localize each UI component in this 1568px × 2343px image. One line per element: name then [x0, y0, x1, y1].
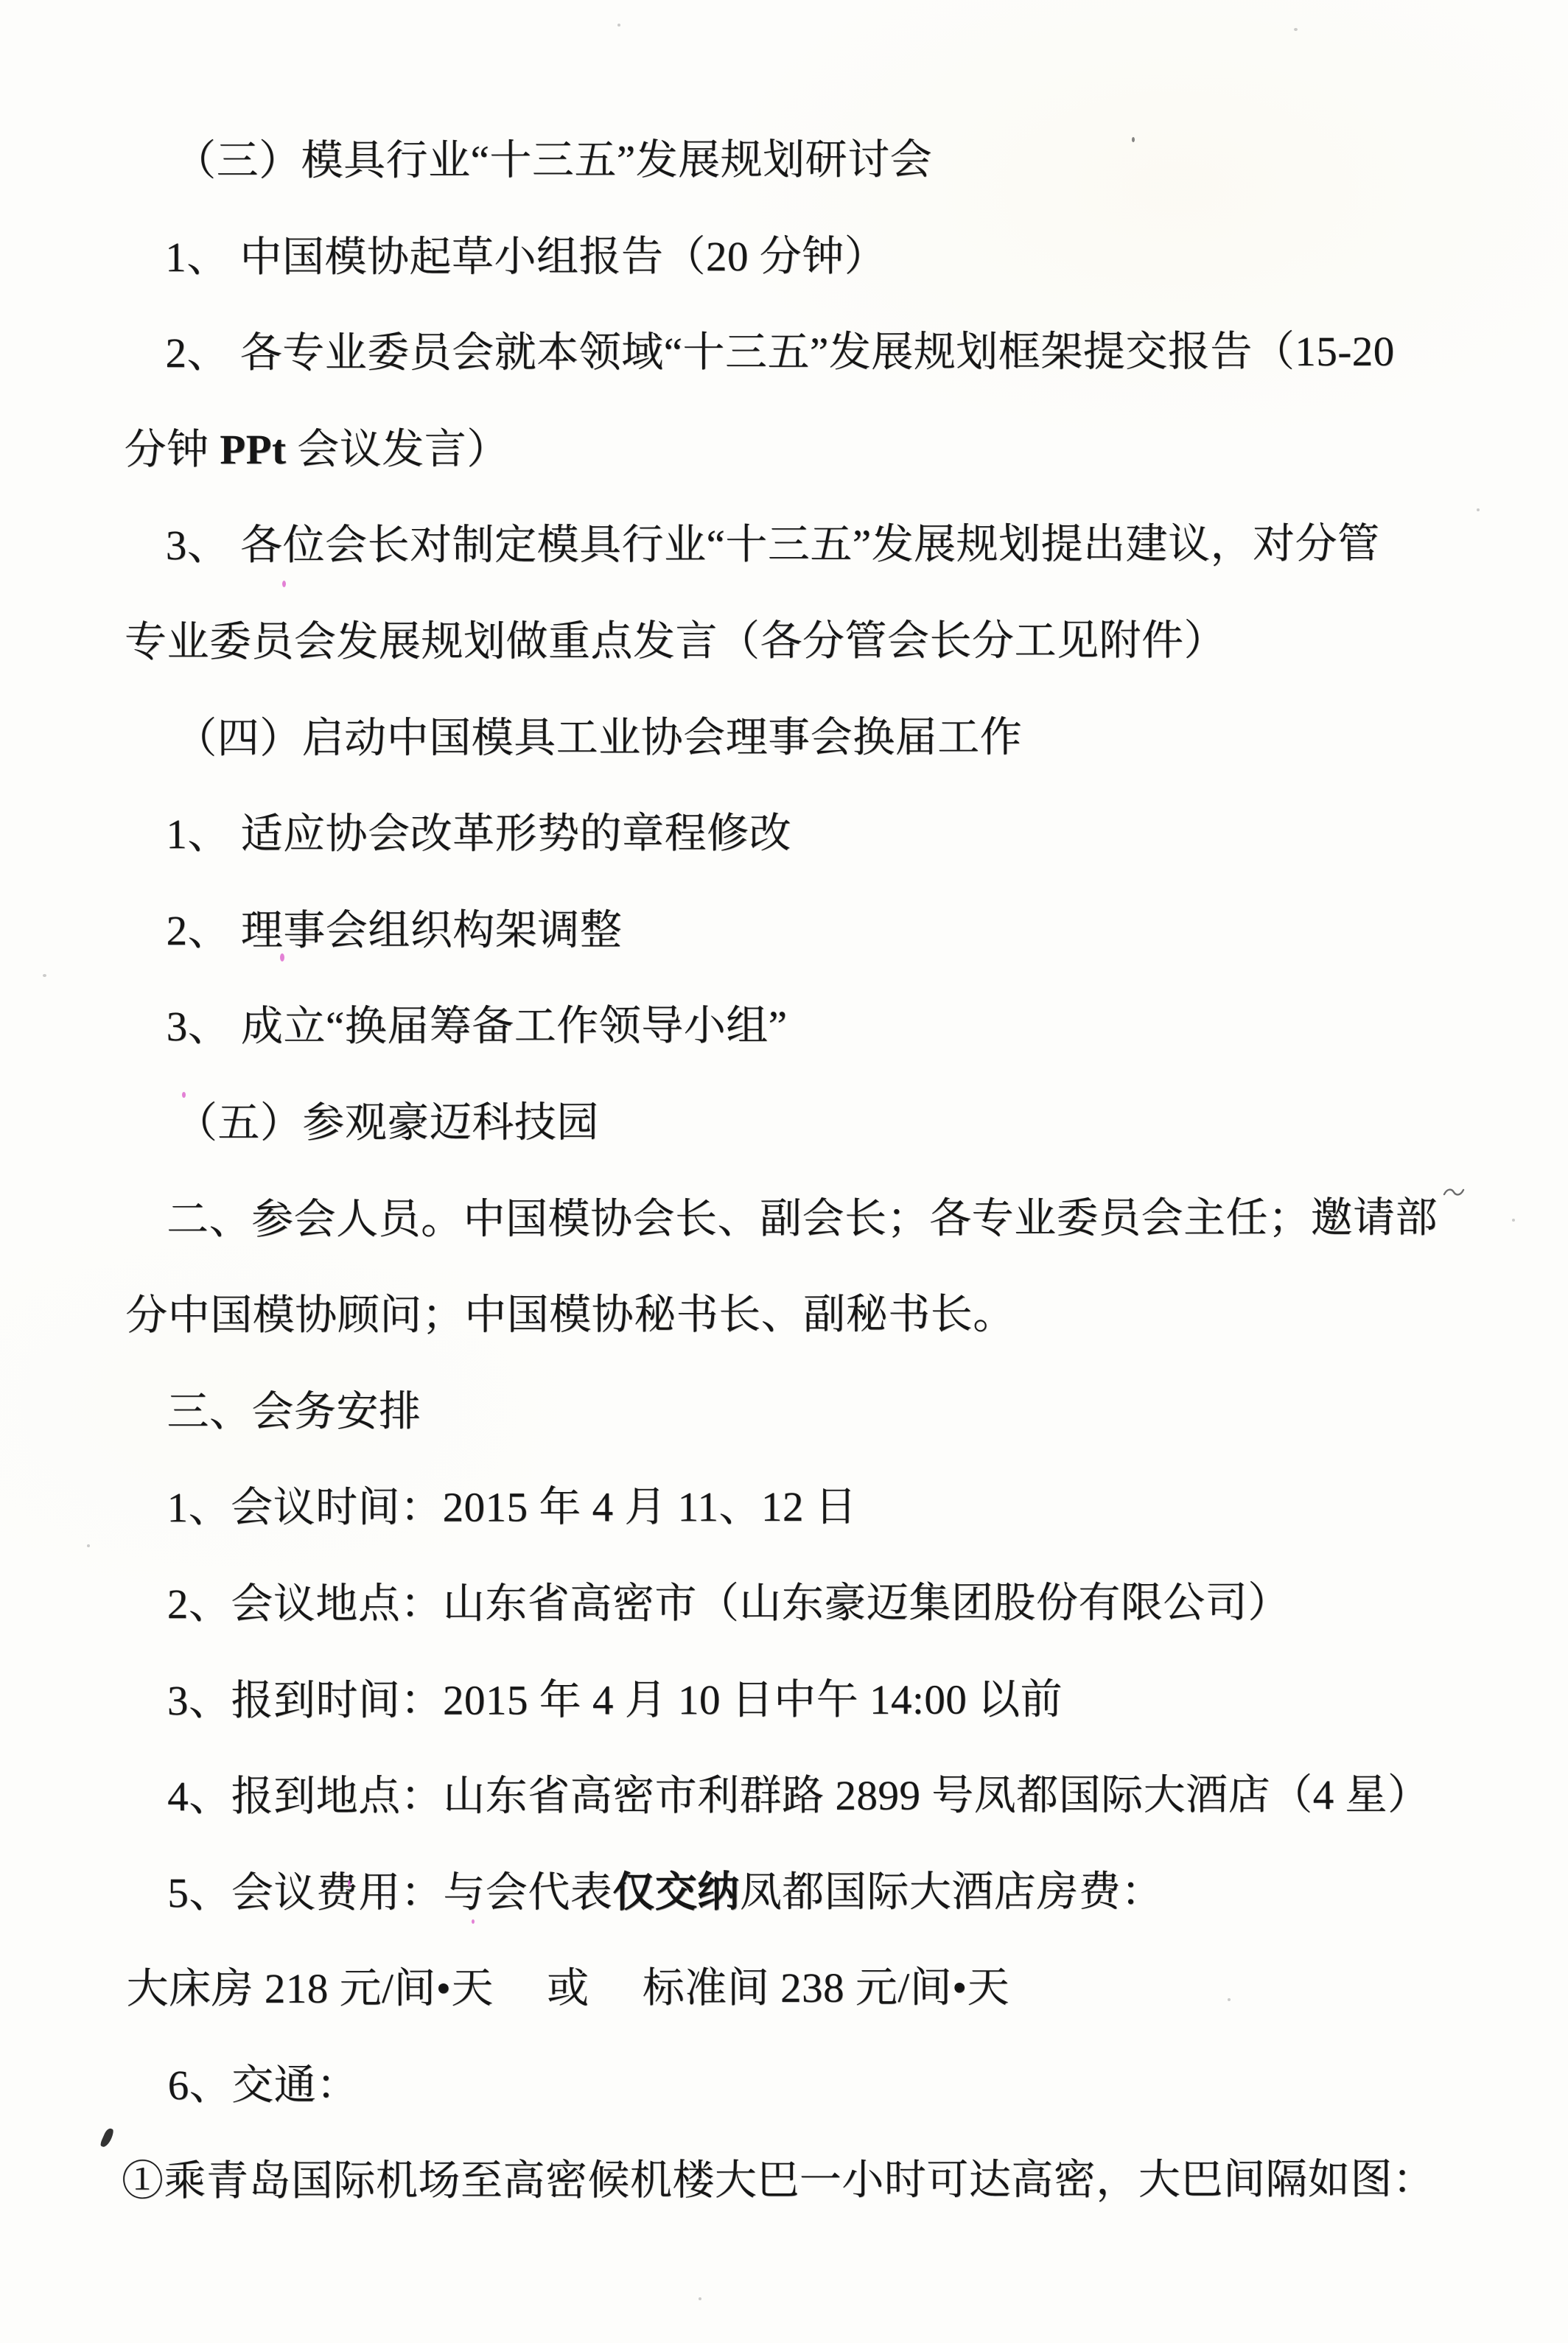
- text-line: 分钟 PPt 会议发言）: [0, 400, 1567, 499]
- document-body: （三）模具行业“十三五”发展规划研讨会1、 中国模协起草小组报告（20 分钟）2…: [0, 112, 1568, 2231]
- text-line: 6、交通：: [1, 2036, 1568, 2134]
- dust-speck: [617, 24, 620, 27]
- text-line: （四）启动中国模具工业协会理事会换届工作: [0, 689, 1567, 788]
- text-segment: 3、 成立“换届筹备工作领导小组”: [167, 1003, 788, 1050]
- text-line: 1、会议时间：2015 年 4 月 11、12 日: [1, 1459, 1568, 1558]
- scanned-document-page: （三）模具行业“十三五”发展规划研讨会1、 中国模协起草小组报告（20 分钟）2…: [0, 0, 1568, 2343]
- text-line: 1、 中国模协起草小组报告（20 分钟）: [0, 208, 1567, 307]
- text-segment: （三）模具行业“十三五”发展规划研讨会: [174, 137, 932, 184]
- text-segment: 5、会议费用：与会代表: [167, 1869, 612, 1916]
- text-segment: 2、会议地点：山东省高密市（山东豪迈集团股份有限公司）: [167, 1580, 1290, 1628]
- text-segment: 3、 各位会长对制定模具行业“十三五”发展规划提出建议，对分管: [166, 521, 1380, 569]
- text-line: 5、会议费用：与会代表仅交纳凤都国际大酒店房费：: [1, 1843, 1568, 1942]
- text-segment: 凤都国际大酒店房费：: [740, 1869, 1163, 1916]
- text-line: 1、 适应协会改革形势的章程修改: [0, 785, 1567, 884]
- text-line: 2、会议地点：山东省高密市（山东豪迈集团股份有限公司）: [1, 1555, 1568, 1653]
- text-segment: 4、报到地点：山东省高密市利群路 2899 号凤都国际大酒店（4 星）: [167, 1772, 1429, 1820]
- text-line: ①乘青岛国际机场至高密候机楼大巴一小时可达高密，大巴间隔如图：: [1, 2132, 1568, 2231]
- text-segment: 3、报到时间：2015 年 4 月 10 日中午 14:00 以前: [167, 1676, 1063, 1724]
- text-segment: 1、 适应协会改革形势的章程修改: [166, 810, 791, 858]
- text-segment: 二、参会人员。中国模协会长、副会长；各专业委员会主任；邀请部: [167, 1194, 1438, 1242]
- text-segment: 三、会务安排: [167, 1388, 421, 1435]
- text-segment: 会议发言）: [286, 426, 508, 472]
- text-segment: ①乘青岛国际机场至高密候机楼大巴一小时可达高密，大巴间隔如图：: [122, 2157, 1435, 2204]
- text-segment: 1、 中国模协起草小组报告（20 分钟）: [165, 233, 886, 280]
- text-segment: 2、 各专业委员会就本领域“十三五”发展规划框架提交报告（15-20: [165, 329, 1394, 377]
- text-line: 2、 各专业委员会就本领域“十三五”发展规划框架提交报告（15-20: [0, 304, 1567, 403]
- dust-speck: [1294, 28, 1298, 31]
- text-segment: 分中国模协顾问；中国模协秘书长、副秘书长。: [125, 1292, 1015, 1339]
- text-line: 二、参会人员。中国模协会长、副会长；各专业委员会主任；邀请部: [0, 1170, 1568, 1269]
- dust-speck: [699, 2297, 701, 2300]
- text-line: （三）模具行业“十三五”发展规划研讨会: [0, 112, 1567, 211]
- emphasis-text: PPt: [220, 427, 286, 473]
- text-line: 三、会务安排: [0, 1362, 1568, 1461]
- text-line: 4、报到地点：山东省高密市利群路 2899 号凤都国际大酒店（4 星）: [1, 1748, 1568, 1846]
- text-line: 2、 理事会组织构架调整: [0, 881, 1568, 980]
- text-segment: 2、 理事会组织构架调整: [166, 907, 622, 954]
- text-segment: 分钟: [125, 427, 220, 473]
- text-line: 分中国模协顾问；中国模协秘书长、副秘书长。: [0, 1267, 1568, 1365]
- text-line: 3、报到时间：2015 年 4 月 10 日中午 14:00 以前: [1, 1651, 1568, 1750]
- text-line: （五）参观豪迈科技园: [0, 1074, 1568, 1172]
- text-segment: （四）启动中国模具工业协会理事会换届工作: [175, 714, 1022, 762]
- text-line: 3、 成立“换届筹备工作领导小组”: [0, 978, 1568, 1076]
- text-segment: 1、会议时间：2015 年 4 月 11、12 日: [167, 1484, 858, 1531]
- text-line: 专业委员会发展规划做重点发言（各分管会长分工见附件）: [0, 592, 1567, 691]
- text-line: 大床房 218 元/间•天 或 标准间 238 元/间•天: [1, 1940, 1568, 2039]
- text-line: 3、 各位会长对制定模具行业“十三五”发展规划提出建议，对分管: [0, 497, 1567, 595]
- text-segment: 大床房 218 元/间•天 或 标准间 238 元/间•天: [127, 1965, 1010, 2013]
- text-segment: 6、交通：: [168, 2062, 359, 2109]
- emphasis-text: 仅交纳: [612, 1869, 740, 1916]
- text-segment: 专业委员会发展规划做重点发言（各分管会长分工见附件）: [125, 617, 1226, 665]
- text-segment: （五）参观豪迈科技园: [175, 1099, 599, 1146]
